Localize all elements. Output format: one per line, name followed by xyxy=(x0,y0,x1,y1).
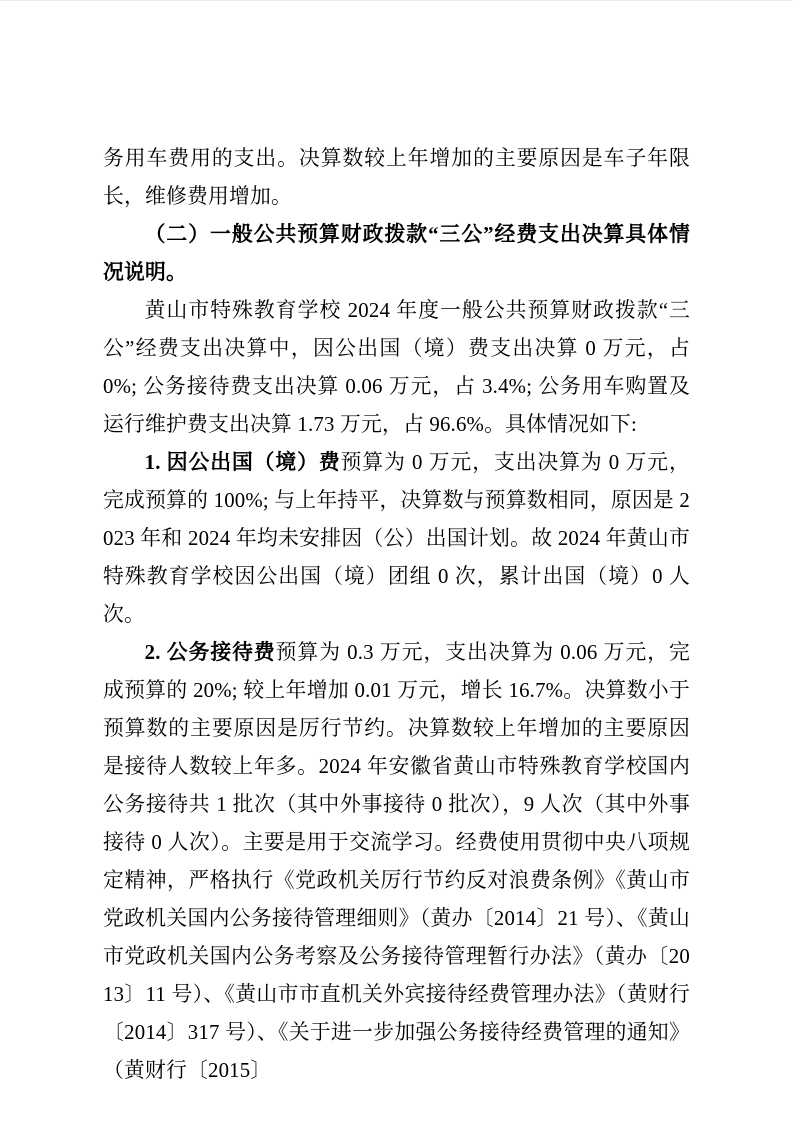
section-heading: （二）一般公共预算财政拨款“三公”经费支出决算具体情况说明。 xyxy=(103,216,690,292)
item-paragraph-2-lead: 2. 公务接待费 xyxy=(145,641,276,664)
overview-paragraph: 黄山市特殊教育学校 2024 年度一般公共预算财政拨款“三公”经费支出决算中，因… xyxy=(103,292,690,444)
document-page: 务用车费用的支出。决算数较上年增加的主要原因是车子年限长，维修费用增加。（二）一… xyxy=(0,0,793,1122)
item-paragraph-1-lead: 1. 因公出国（境）费 xyxy=(145,451,341,474)
item-paragraph-1: 1. 因公出国（境）费预算为 0 万元，支出决算为 0 万元，完成预算的 100… xyxy=(103,444,690,634)
item-paragraph-2: 2. 公务接待费预算为 0.3 万元，支出决算为 0.06 万元，完成预算的 2… xyxy=(103,634,690,1090)
continuation-paragraph: 务用车费用的支出。决算数较上年增加的主要原因是车子年限长，维修费用增加。 xyxy=(103,140,690,216)
document-text-block: 务用车费用的支出。决算数较上年增加的主要原因是车子年限长，维修费用增加。（二）一… xyxy=(103,140,690,1090)
